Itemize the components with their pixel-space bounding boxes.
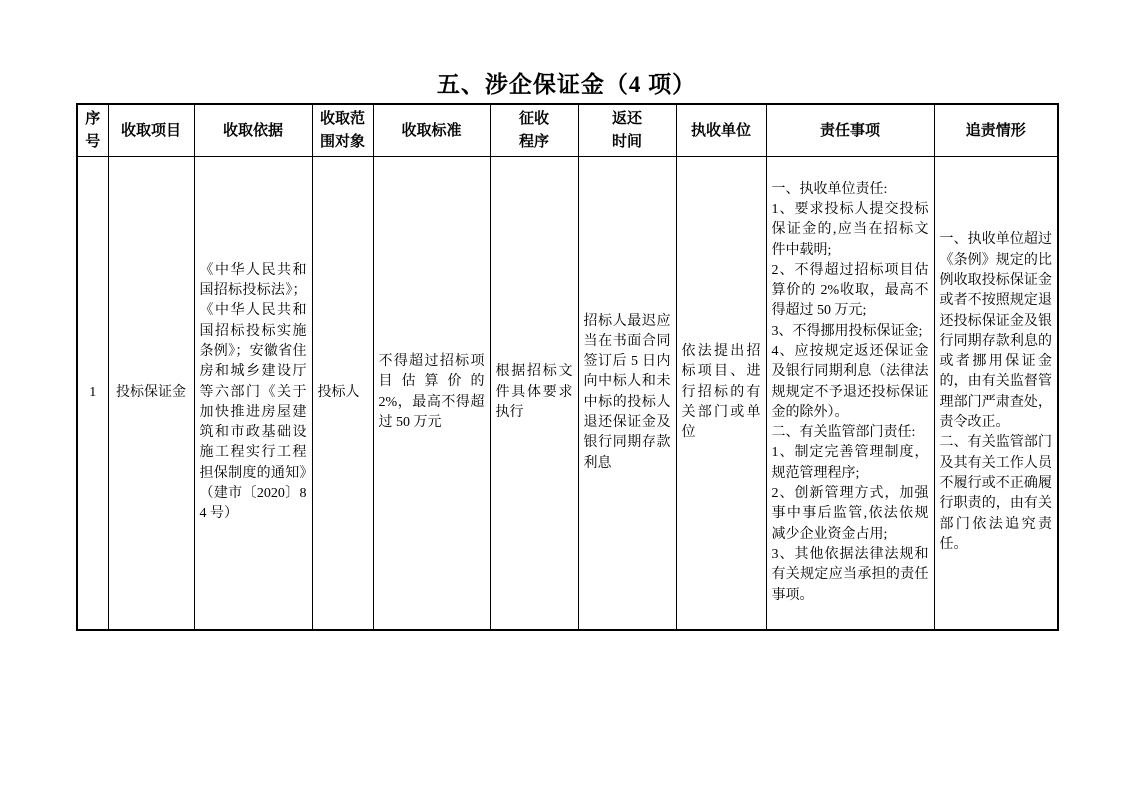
header-standard: 收取标准: [373, 104, 490, 156]
table-row: 1 投标保证金 《中华人民共和国招标投标法》；《中华人民共和国招标投标实施条例》…: [77, 156, 1058, 630]
cell-procedure: 根据招标文件具体要求执行: [490, 156, 578, 630]
cell-standard: 不得超过招标项目估算价的 2%，最高不得超过 50 万元: [373, 156, 490, 630]
cell-return-time: 招标人最迟应当在书面合同签订后 5 日内向中标人和未中标的投标人退还保证金及银行…: [578, 156, 676, 630]
table-header-row: 序 号 收取项目 收取依据 收取范围对象 收取标准 征收 程序 返还 时间 执收…: [77, 104, 1058, 156]
header-responsibility: 责任事项: [766, 104, 934, 156]
cell-basis: 《中华人民共和国招标投标法》；《中华人民共和国招标投标实施条例》；安徽省住房和城…: [194, 156, 312, 630]
header-unit: 执收单位: [676, 104, 766, 156]
header-procedure: 征收 程序: [490, 104, 578, 156]
cell-responsibility: 一、执收单位责任: 1、要求投标人提交投标保证金的,应当在招标文件中载明; 2、…: [766, 156, 934, 630]
header-return-time: 返还 时间: [578, 104, 676, 156]
cell-seq: 1: [77, 156, 108, 630]
header-accountability: 追责情形: [934, 104, 1058, 156]
cell-scope: 投标人: [312, 156, 373, 630]
cell-item: 投标保证金: [108, 156, 194, 630]
cell-unit: 依法提出招标项目、进行招标的有关部门或单位: [676, 156, 766, 630]
document-page: 五、涉企保证金（4 项） 序 号 收取项目 收取依据 收取范围对象 收取标准 征…: [0, 0, 1122, 793]
header-basis: 收取依据: [194, 104, 312, 156]
header-item: 收取项目: [108, 104, 194, 156]
fee-table: 序 号 收取项目 收取依据 收取范围对象 收取标准 征收 程序 返还 时间 执收…: [76, 103, 1059, 631]
header-seq: 序 号: [77, 104, 108, 156]
cell-accountability: 一、执收单位超过《条例》规定的比例收取投标保证金或者不按照规定退还投标保证金及银…: [934, 156, 1058, 630]
page-title: 五、涉企保证金（4 项）: [76, 66, 1057, 99]
header-scope: 收取范围对象: [312, 104, 373, 156]
